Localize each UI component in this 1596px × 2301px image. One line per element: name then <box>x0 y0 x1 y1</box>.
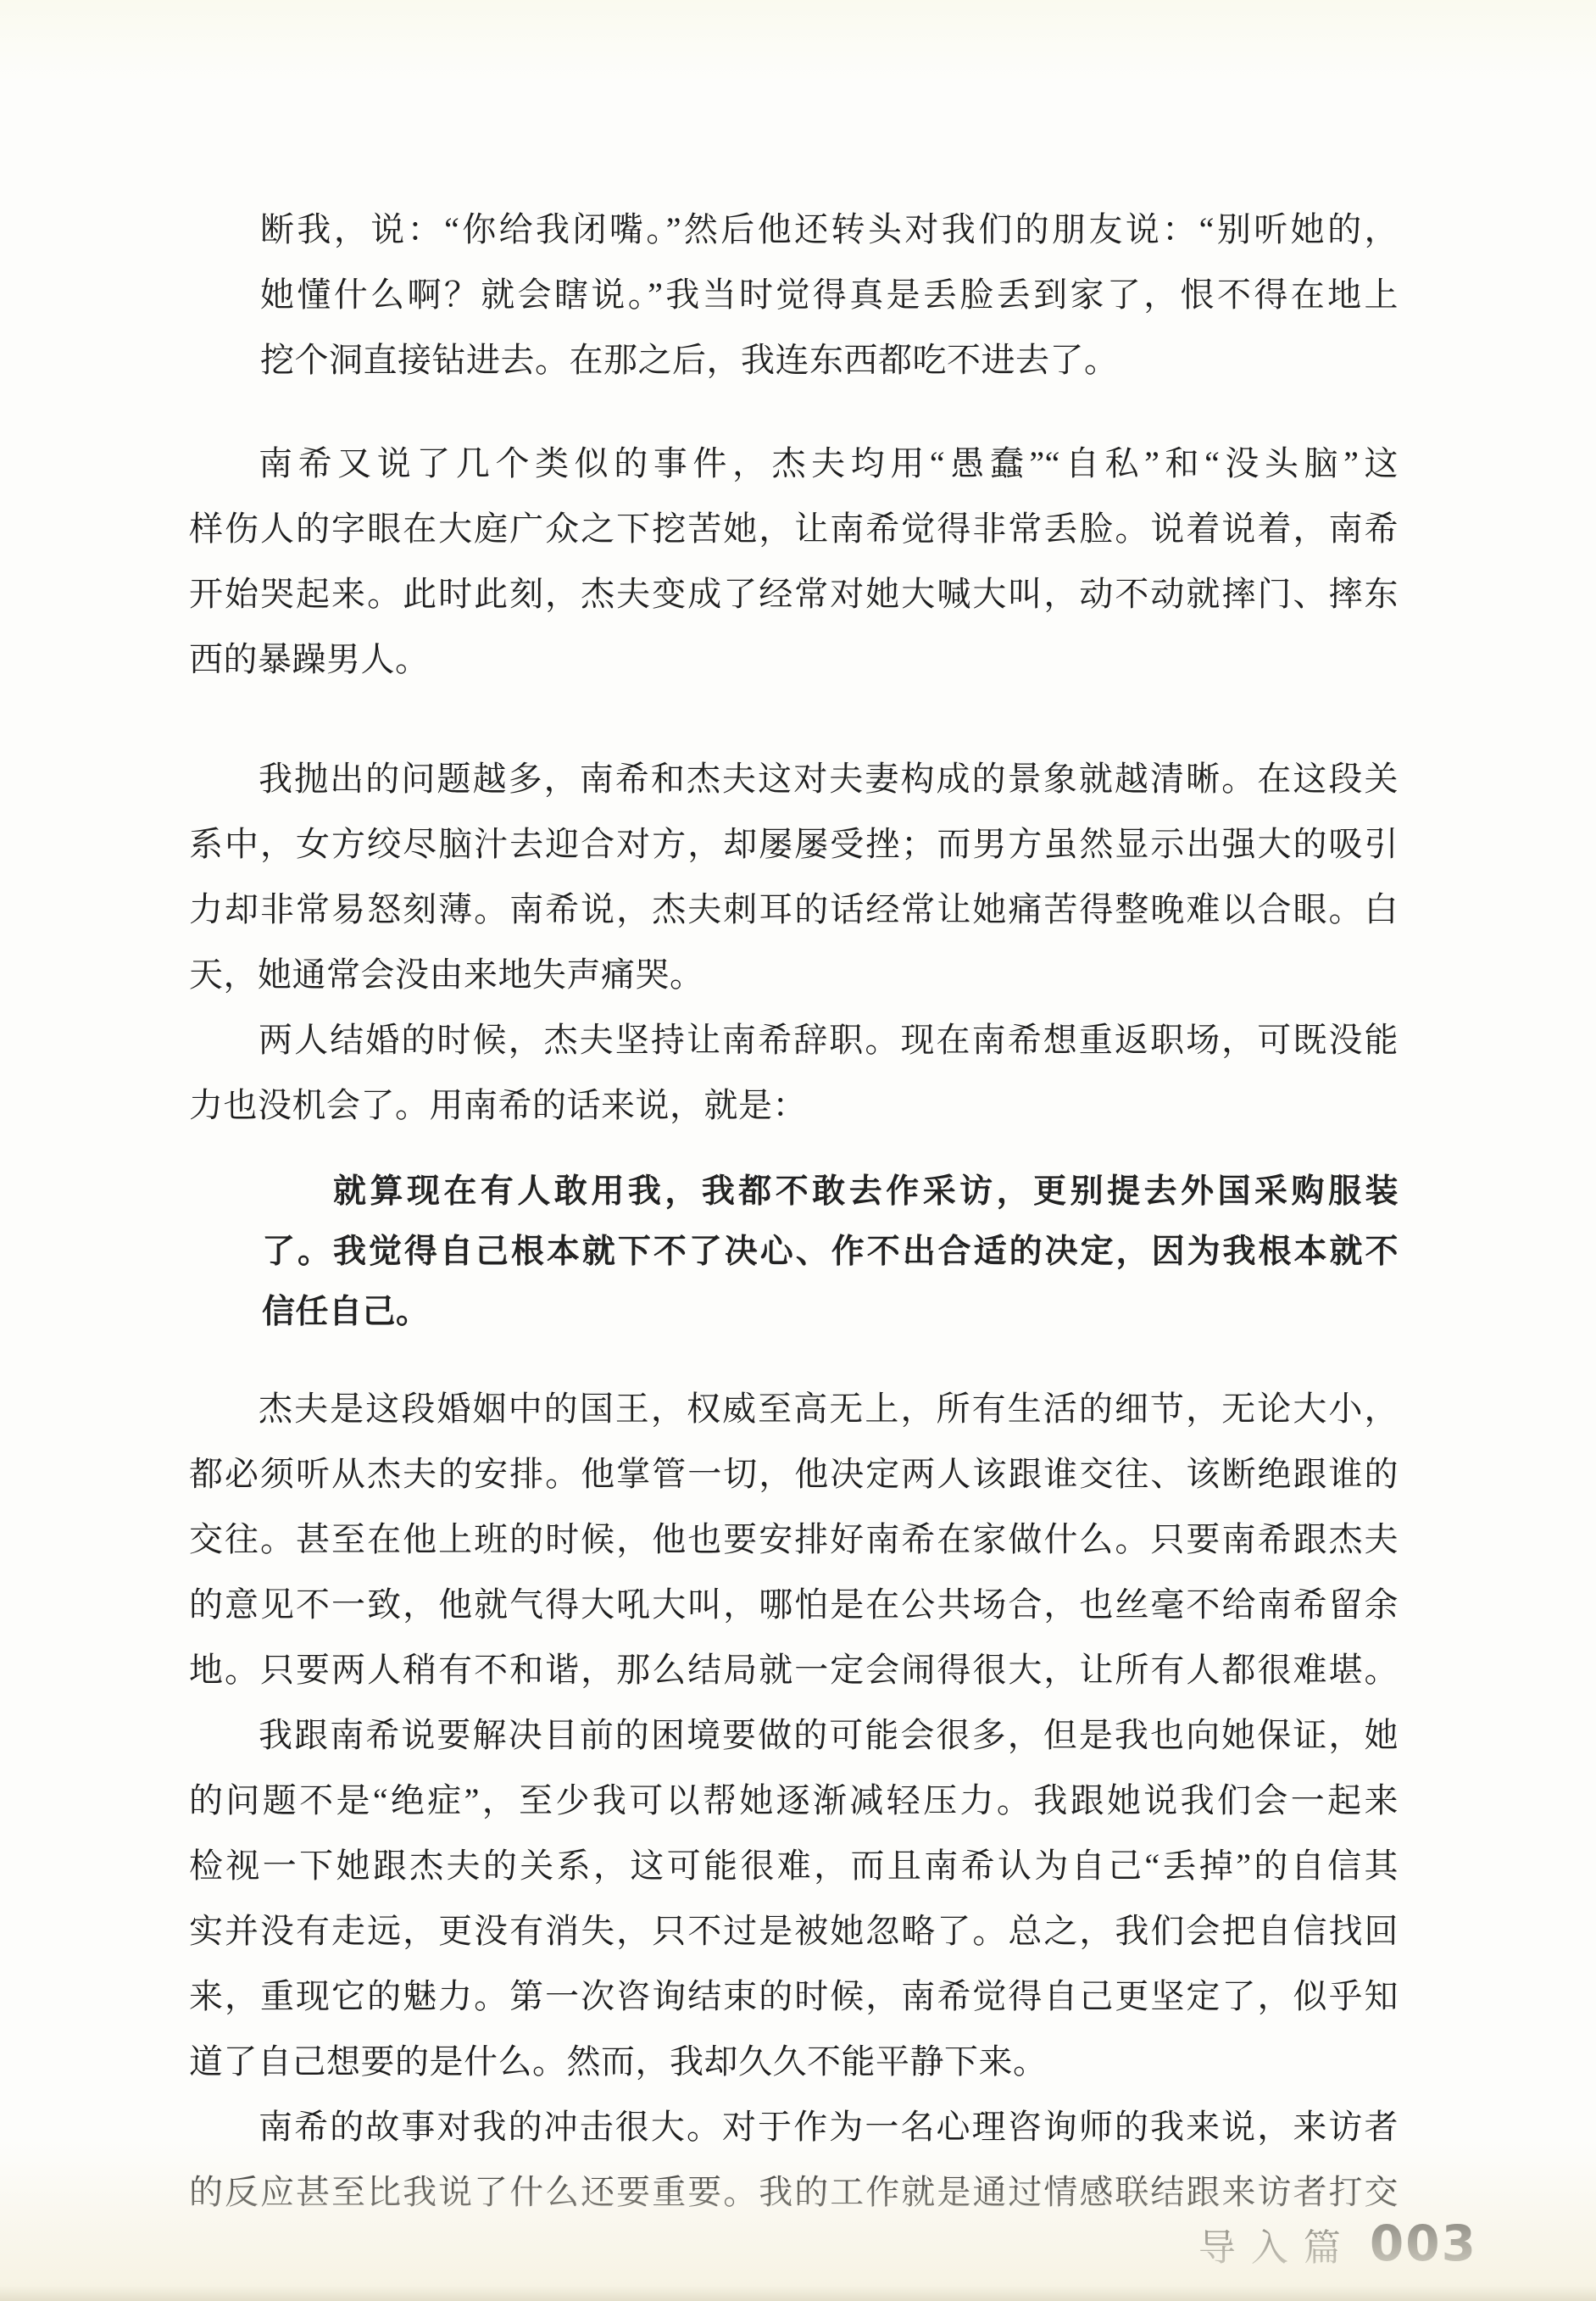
text-line: 样伤人的字眼在大庭广众之下挖苦她，让南希觉得非常丢脸。说着说着，南希 <box>189 496 1399 561</box>
paragraph-body-1: 南希又说了几个类似的事件，杰夫均用“愚蠢”“自私”和“没头脑”这 样伤人的字眼在… <box>189 431 1399 692</box>
text-line: 南希又说了几个类似的事件，杰夫均用“愚蠢”“自私”和“没头脑”这 <box>189 431 1399 496</box>
text-line: 信任自己。 <box>189 1282 1399 1342</box>
scan-bottom-shadow <box>0 2286 1596 2301</box>
paragraph-body-5: 我跟南希说要解决目前的困境要做的可能会很多，但是我也向她保证，她 的问题不是“绝… <box>189 1702 1399 2094</box>
paragraph-quote-block: 就算现在有人敢用我，我都不敢去作采访，更别提去外国采购服装 了。我觉得自己根本就… <box>189 1162 1399 1342</box>
paragraph-body-6: 南希的故事对我的冲击很大。对于作为一名心理咨询师的我来说，来访者 的反应甚至比我… <box>189 2094 1399 2225</box>
section-label: 导入篇 <box>1198 2217 1356 2271</box>
text-line: 来，重现它的魅力。第一次咨询结束的时候，南希觉得自己更坚定了，似乎知 <box>189 1964 1399 2029</box>
text-line: 交往。甚至在他上班的时候，他也要安排好南希在家做什么。只要南希跟杰夫 <box>189 1507 1399 1572</box>
text-line: 的意见不一致，他就气得大吼大叫，哪怕是在公共场合，也丝毫不给南希留余 <box>189 1572 1399 1637</box>
paragraph-body-4: 杰夫是这段婚姻中的国王，权威至高无上，所有生活的细节，无论大小， 都必须听从杰夫… <box>189 1376 1399 1702</box>
text-line: 就算现在有人敢用我，我都不敢去作采访，更别提去外国采购服装 <box>189 1162 1399 1222</box>
paragraph-body-2: 我抛出的问题越多，南希和杰夫这对夫妻构成的景象就越清晰。在这段关 系中，女方绞尽… <box>189 746 1399 1007</box>
text-line: 挖个洞直接钻进去。在那之后，我连东西都吃不进去了。 <box>189 327 1399 393</box>
text-line: 系中，女方绞尽脑汁去迎合对方，却屡屡受挫；而男方虽然显示出强大的吸引 <box>189 811 1399 877</box>
text-line: 地。只要两人稍有不和谐，那么结局就一定会闹得很大，让所有人都很难堪。 <box>189 1637 1399 1702</box>
text-line: 南希的故事对我的冲击很大。对于作为一名心理咨询师的我来说，来访者 <box>189 2094 1399 2159</box>
text-line: 我抛出的问题越多，南希和杰夫这对夫妻构成的景象就越清晰。在这段关 <box>189 746 1399 811</box>
text-line: 断我，说：“你给我闭嘴。”然后他还转头对我们的朋友说：“别听她的， <box>189 197 1399 262</box>
text-line: 天，她通常会没由来地失声痛哭。 <box>189 942 1399 1007</box>
text-line: 力却非常易怒刻薄。南希说，杰夫刺耳的话经常让她痛苦得整晚难以合眼。白 <box>189 877 1399 942</box>
text-line: 实并没有走远，更没有消失，只不过是被她忽略了。总之，我们会把自信找回 <box>189 1898 1399 1964</box>
page-footer: 导入篇 003 <box>1198 2215 1477 2272</box>
text-line: 道了自己想要的是什么。然而，我却久久不能平静下来。 <box>189 2029 1399 2094</box>
text-line: 力也没机会了。用南希的话来说，就是： <box>189 1072 1399 1138</box>
text-line: 的问题不是“绝症”，至少我可以帮她逐渐减轻压力。我跟她说我们会一起来 <box>189 1768 1399 1833</box>
text-line: 西的暴躁男人。 <box>189 627 1399 692</box>
page-number: 003 <box>1370 2215 1477 2272</box>
scan-top-tint <box>0 0 1596 81</box>
paragraph-quote-continuation: 断我，说：“你给我闭嘴。”然后他还转头对我们的朋友说：“别听她的， 她懂什么啊？… <box>189 197 1399 393</box>
paragraph-body-3: 两人结婚的时候，杰夫坚持让南希辞职。现在南希想重返职场，可既没能 力也没机会了。… <box>189 1007 1399 1138</box>
book-page: 断我，说：“你给我闭嘴。”然后他还转头对我们的朋友说：“别听她的， 她懂什么啊？… <box>0 0 1596 2301</box>
text-block: 断我，说：“你给我闭嘴。”然后他还转头对我们的朋友说：“别听她的， 她懂什么啊？… <box>189 197 1399 2225</box>
text-line: 都必须听从杰夫的安排。他掌管一切，他决定两人该跟谁交往、该断绝跟谁的 <box>189 1441 1399 1507</box>
text-line: 检视一下她跟杰夫的关系，这可能很难，而且南希认为自己“丢掉”的自信其 <box>189 1833 1399 1898</box>
text-line: 开始哭起来。此时此刻，杰夫变成了经常对她大喊大叫，动不动就摔门、摔东 <box>189 561 1399 627</box>
text-line: 了。我觉得自己根本就下不了决心、作不出合适的决定，因为我根本就不 <box>189 1222 1399 1282</box>
text-line: 她懂什么啊？就会瞎说。”我当时觉得真是丢脸丢到家了，恨不得在地上 <box>189 262 1399 327</box>
text-line: 杰夫是这段婚姻中的国王，权威至高无上，所有生活的细节，无论大小， <box>189 1376 1399 1441</box>
text-line: 我跟南希说要解决目前的困境要做的可能会很多，但是我也向她保证，她 <box>189 1702 1399 1768</box>
text-line: 两人结婚的时候，杰夫坚持让南希辞职。现在南希想重返职场，可既没能 <box>189 1007 1399 1072</box>
